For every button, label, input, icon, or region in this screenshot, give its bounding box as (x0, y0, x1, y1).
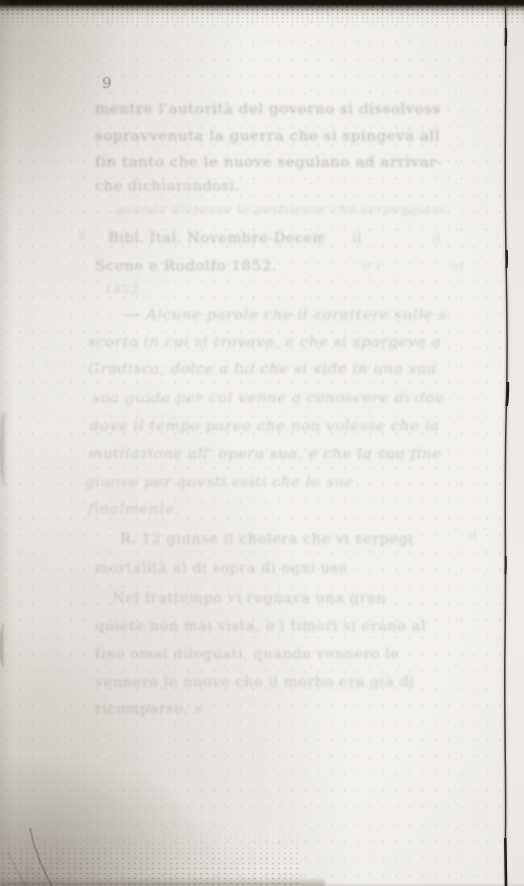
top-edge-speckle (0, 4, 524, 26)
ghost-text-line: Gradisca, dolce a lui che si vide in una… (88, 360, 445, 377)
ghost-text-line: fine omai dileguati, quando vennero le (95, 647, 407, 662)
ghost-text-line: — Alcune parole che il carattere sulle s… (125, 306, 445, 323)
ghost-text-line: dove il tempo parea che non volesse che … (90, 417, 445, 434)
ghost-text-line: il (352, 231, 368, 246)
page-bottom-edge-shade (0, 877, 325, 886)
ghost-text-line: il (468, 529, 482, 543)
bottom-left-corner-grain (0, 756, 240, 886)
left-edge-grain (0, 0, 16, 886)
bottom-left-crease (8, 852, 26, 886)
ghost-text-line: sua guida per cui venne a conoscere di d… (92, 389, 445, 406)
page-number: 9 (102, 74, 112, 92)
scanned-page: mentre l'autorità del governo si dissolv… (0, 0, 524, 886)
left-edge-smudge (0, 624, 7, 668)
ghost-text-line: R. 12 giunse il cholera che vi serpeggiò (120, 532, 412, 547)
page-top-edge-band (0, 0, 524, 17)
ghost-text-line: mentre l'autorità del governo si dissolv… (95, 100, 441, 117)
ghost-text-line: finalmente. (88, 500, 206, 517)
ghost-text-line: quando disperse le pestilenze che serpeg… (115, 203, 445, 217)
page-edge-line-art (0, 0, 524, 886)
ghost-text-line: si (452, 259, 468, 274)
bottom-left-speckle (0, 826, 300, 886)
ghost-text-line: Nel frattempo vi regnava una gran (112, 591, 394, 606)
adjacent-page-strip (508, 0, 524, 886)
ghost-text-line: mortalità al di sopra di ogni uso (95, 561, 357, 576)
page-bottom-edge-line (0, 882, 524, 886)
page-edge-halo (505, 6, 507, 886)
ghost-text-line: giunse per questi esiti che le sue (85, 473, 357, 490)
ghost-text-line: quiete non mai vista, e i timori si eran… (95, 619, 441, 634)
ghost-text-line: h (78, 229, 90, 243)
paper-grain-texture (0, 0, 524, 886)
ghost-text-line: che dichiarandosi. » (95, 179, 247, 194)
ghost-text-line: sopravvenuta la guerra che si spingeva a… (95, 127, 441, 144)
paper-vignette (0, 0, 524, 886)
ghost-text-line: 1852 (104, 283, 144, 297)
ghost-text-line: d (432, 232, 444, 247)
ghost-text-line: fin tanto che le nuove seguìano ad arriv… (95, 153, 441, 170)
ghost-text-line: ricomparso. » (95, 702, 257, 717)
deckle-edge-icon (505, 6, 507, 886)
ghost-text-line: Scene e Rodolfo 1852. (95, 257, 295, 274)
ghost-text-line: e i (362, 258, 386, 273)
ghost-text-line: vennero le nuove che il morbo era già di (95, 675, 441, 690)
left-edge-smudge (0, 412, 9, 486)
edge-knot (505, 838, 506, 886)
bottom-left-crease (30, 828, 52, 886)
edge-knot (507, 382, 508, 406)
ghost-text-line: scorta in cui si trovava, e che si sparg… (88, 333, 445, 350)
ghost-text-line: mutilazione all' opera sua, e che la sua… (88, 445, 443, 462)
ghost-text-line: Bibl. Ital. Novembre-Decem. (108, 231, 324, 246)
